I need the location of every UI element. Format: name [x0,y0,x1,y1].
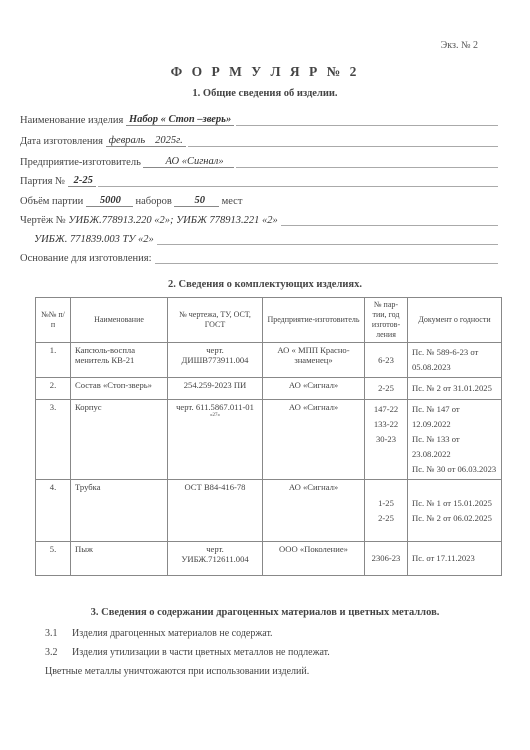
basis-field: Основание для изготовления: [20,248,498,264]
row-maker: АО « МПП Красно-знаменец» [263,343,365,378]
row-num: 2. [36,378,71,400]
batch-entry: 147-22 [369,402,403,417]
row-batches: 2306-23 [365,542,408,576]
col-header-batch: № пар-тии, год изготов-ления [365,298,408,343]
drawing-text: черт. УИБЖ.712611.004 [181,544,248,564]
row-name: Корпус [71,400,168,480]
drawing-text: черт. ДИШВ773911.004 [182,345,249,365]
manufacturer-value: АО «Сигнал» [143,156,233,168]
batch-entry: 2-25 [369,381,403,396]
doc-entry: Пс. № 1 от 15.01.2025 [412,496,497,511]
drawing-value-2: УИБЖ. 771839.003 ТУ «2» [20,234,157,245]
row-num: 3. [36,400,71,480]
row-drawing: черт. 611.5867.011-01 «27» [168,400,263,480]
row-docs: Пс. № 1 от 15.01.2025Пс. № 2 от 06.02.20… [408,480,502,542]
row-maker: АО «Сигнал» [263,480,365,542]
item-3-2: 3.2 Изделия утилизации в части цветных м… [45,647,330,658]
table-row: 2.Состав «Стоп-зверь»254.259-2023 ПИАО «… [36,378,502,400]
volume-value: 5000 [86,195,133,207]
product-name-value: Набор « Стоп –зверь» [126,114,234,126]
row-drawing: черт. УИБЖ.712611.004 [168,542,263,576]
table-row: 4.ТрубкаОСТ В84-416-78АО «Сигнал»1-252-2… [36,480,502,542]
table-row: 5.Пыжчерт. УИБЖ.712611.004ООО «Поколение… [36,542,502,576]
col-header-name: Наименование [71,298,168,343]
row-maker: ООО «Поколение» [263,542,365,576]
item-3-2-text: Изделия утилизации в части цветных метал… [72,647,330,658]
doc-entry: Пс. № 133 от 23.08.2022 [412,432,497,462]
batch-entry: 30-23 [369,432,403,447]
row-maker: АО «Сигнал» [263,378,365,400]
manufacturer-field: Предприятие-изготовитель АО «Сигнал» [20,152,498,168]
row-name: Капсюль-воспла менитель КВ-21 [71,343,168,378]
places-value: 50 [174,195,219,207]
row-name: Трубка [71,480,168,542]
doc-entry: Пс. № 147 от 12.09.2022 [412,402,497,432]
batch-entry: 6-23 [369,353,403,368]
batch-entry: 1-25 [369,496,403,511]
doc-entry: Пс. от 17.11.2023 [412,551,497,566]
row-num: 4. [36,480,71,542]
col-header-num: №№ п/п [36,298,71,343]
places-unit: мест [222,196,243,207]
batch-entry: 133-22 [369,417,403,432]
volume-field: Объём партии 5000 наборов 50 мест [20,191,242,207]
date-year: 2025г. [147,135,186,147]
underline [236,113,498,126]
product-name-label: Наименование изделия [20,115,123,126]
row-num: 5. [36,542,71,576]
col-header-doc: Документ о годности [408,298,502,343]
section3-heading: 3. Сведения о содержании драгоценных мат… [0,607,530,618]
underline [157,232,498,245]
basis-value [155,251,498,264]
row-name: Состав «Стоп-зверь» [71,378,168,400]
date-month: февраль [106,135,149,147]
item-3-2-num: 3.2 [45,647,58,658]
underline [98,174,498,187]
drawing-sup: «27» [210,413,220,418]
copy-number: Экз. № 2 [441,40,478,51]
manufacturer-label: Предприятие-изготовитель [20,157,141,168]
drawing-text: черт. 611.5867.011-01 [176,402,254,412]
volume-label: Объём партии [20,196,83,207]
drawing-label: Чертёж № [20,215,66,226]
row-name: Пыж [71,542,168,576]
doc-entry: Пс. № 2 от 31.01.2025 [412,381,497,396]
batch-entry: 2306-23 [369,551,403,566]
underline [281,213,498,226]
row-drawing: черт. ДИШВ773911.004 [168,343,263,378]
document-title: Ф О Р М У Л Я Р № 2 [0,64,530,80]
row-docs: Пс. от 17.11.2023 [408,542,502,576]
col-header-drawing: № чертежа, ТУ, ОСТ, ГОСТ [168,298,263,343]
components-table: №№ п/п Наименование № чертежа, ТУ, ОСТ, … [35,297,502,576]
batch-value: 2-25 [68,175,96,187]
row-num: 1. [36,343,71,378]
doc-entry: Пс. № 2 от 06.02.2025 [412,511,497,526]
drawing-value: УИБЖ.778913.220 «2»; УИБЖ 778913.221 «2» [68,215,280,226]
section2-heading: 2. Сведения о комплектующих изделиях. [0,279,530,290]
batch-field: Партия № 2-25 [20,171,498,187]
batch-entry: 2-25 [369,511,403,526]
drawing-field-2: УИБЖ. 771839.003 ТУ «2» [20,229,498,245]
section1-heading: 1. Общие сведения об изделии. [0,88,530,99]
table-row: 1.Капсюль-воспла менитель КВ-21черт. ДИШ… [36,343,502,378]
product-name-field: Наименование изделия Набор « Стоп –зверь… [20,110,498,126]
row-docs: Пс. № 589-6-23 от 05.08.2023 [408,343,502,378]
doc-entry: Пс. № 589-6-23 от 05.08.2023 [412,345,497,375]
table-header-row: №№ п/п Наименование № чертежа, ТУ, ОСТ, … [36,298,502,343]
row-drawing: 254.259-2023 ПИ [168,378,263,400]
batch-label: Партия № [20,176,65,187]
item-3-1-num: 3.1 [45,628,58,639]
drawing-text: 254.259-2023 ПИ [184,380,247,390]
basis-label: Основание для изготовления: [20,253,151,264]
table-row: 3.Корпусчерт. 611.5867.011-01 «27»АО «Си… [36,400,502,480]
item-3-1-text: Изделия драгоценных материалов не содерж… [72,628,273,639]
drawing-field: Чертёж № УИБЖ.778913.220 «2»; УИБЖ 77891… [20,210,498,226]
underline [188,134,498,147]
section3-note: Цветные металлы уничтожаются при использ… [45,666,309,677]
row-maker: АО «Сигнал» [263,400,365,480]
row-docs: Пс. № 2 от 31.01.2025 [408,378,502,400]
doc-entry: Пс. № 30 от 06.03.2023 [412,462,497,477]
row-docs: Пс. № 147 от 12.09.2022Пс. № 133 от 23.0… [408,400,502,480]
col-header-maker: Предприятие-изготовитель [263,298,365,343]
drawing-text: ОСТ В84-416-78 [185,482,246,492]
row-batches: 6-23 [365,343,408,378]
underline [236,155,498,168]
row-batches: 1-252-25 [365,480,408,542]
row-drawing: ОСТ В84-416-78 [168,480,263,542]
date-label: Дата изготовления [20,136,103,147]
row-batches: 2-25 [365,378,408,400]
volume-unit: наборов [136,196,172,207]
row-batches: 147-22133-2230-23 [365,400,408,480]
item-3-1: 3.1 Изделия драгоценных материалов не со… [45,628,273,639]
date-field: Дата изготовления февраль 2025г. [20,131,498,147]
